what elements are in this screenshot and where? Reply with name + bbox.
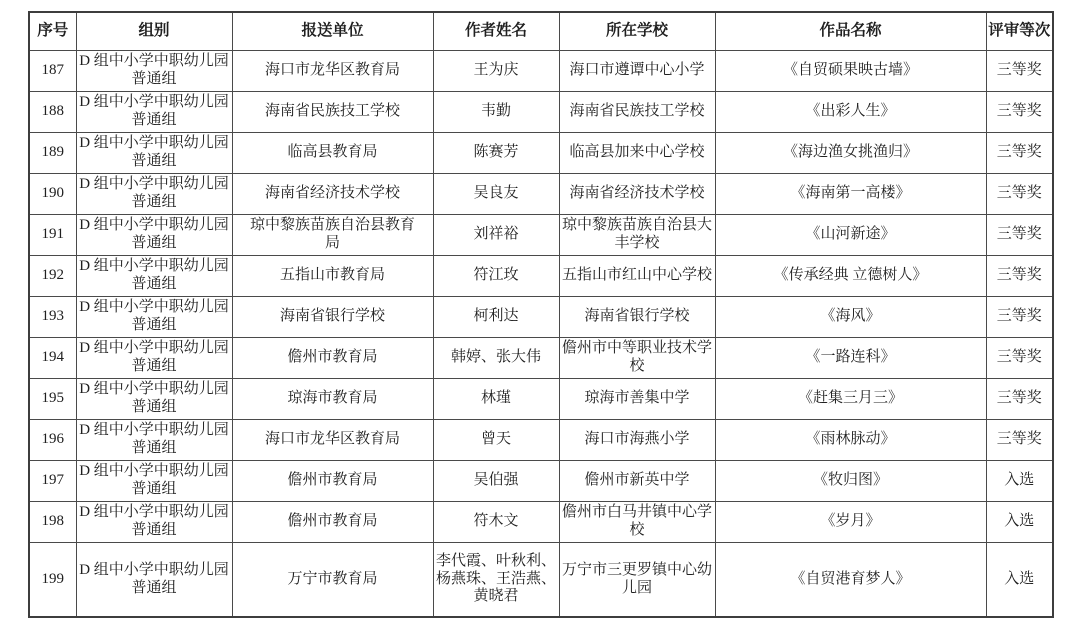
cell-author-name: 王为庆 (433, 51, 559, 92)
cell-author-name: 李代霞、叶秋利、杨燕珠、王浩燕、黄晓君 (433, 543, 559, 618)
cell-group: D 组中小学中职幼儿园普通组 (76, 92, 232, 133)
cell-group: D 组中小学中职幼儿园普通组 (76, 461, 232, 502)
cell-submitting-unit: 儋州市教育局 (232, 338, 433, 379)
cell-submitting-unit: 海南省民族技工学校 (232, 92, 433, 133)
document-page: 序号 组别 报送单位 作者姓名 所在学校 作品名称 评审等次 187 D 组中小… (0, 0, 1080, 633)
cell-work-title: 《岁月》 (715, 502, 986, 543)
cell-serial-number: 196 (29, 420, 76, 461)
column-header-author-name: 作者姓名 (433, 12, 559, 51)
cell-author-name: 曾天 (433, 420, 559, 461)
table-body: 187 D 组中小学中职幼儿园普通组 海口市龙华区教育局 王为庆 海口市遵谭中心… (29, 51, 1053, 618)
cell-submitting-unit: 琼海市教育局 (232, 379, 433, 420)
cell-group: D 组中小学中职幼儿园普通组 (76, 420, 232, 461)
cell-submitting-unit: 五指山市教育局 (232, 256, 433, 297)
cell-serial-number: 191 (29, 215, 76, 256)
cell-submitting-unit: 儋州市教育局 (232, 502, 433, 543)
table-row: 196 D 组中小学中职幼儿园普通组 海口市龙华区教育局 曾天 海口市海燕小学 … (29, 420, 1053, 461)
cell-work-title: 《自贸港育梦人》 (715, 543, 986, 618)
award-results-table: 序号 组别 报送单位 作者姓名 所在学校 作品名称 评审等次 187 D 组中小… (28, 11, 1054, 618)
cell-school: 海南省经济技术学校 (559, 174, 715, 215)
cell-school: 琼中黎族苗族自治县大丰学校 (559, 215, 715, 256)
cell-serial-number: 190 (29, 174, 76, 215)
cell-submitting-unit: 海南省经济技术学校 (232, 174, 433, 215)
cell-submitting-unit: 海南省银行学校 (232, 297, 433, 338)
cell-author-name: 符江玫 (433, 256, 559, 297)
cell-serial-number: 198 (29, 502, 76, 543)
cell-work-title: 《自贸硕果映古墙》 (715, 51, 986, 92)
cell-author-name: 韦勤 (433, 92, 559, 133)
cell-group: D 组中小学中职幼儿园普通组 (76, 338, 232, 379)
cell-author-name: 柯利达 (433, 297, 559, 338)
cell-group: D 组中小学中职幼儿园普通组 (76, 215, 232, 256)
cell-author-name: 韩婷、张大伟 (433, 338, 559, 379)
table-row: 189 D 组中小学中职幼儿园普通组 临高县教育局 陈赛芳 临高县加来中心学校 … (29, 133, 1053, 174)
cell-submitting-unit: 临高县教育局 (232, 133, 433, 174)
cell-review-grade: 三等奖 (986, 215, 1053, 256)
cell-author-name: 林瑾 (433, 379, 559, 420)
cell-group: D 组中小学中职幼儿园普通组 (76, 51, 232, 92)
column-header-serial-number: 序号 (29, 12, 76, 51)
cell-work-title: 《海边渔女挑渔归》 (715, 133, 986, 174)
cell-school: 海口市遵谭中心小学 (559, 51, 715, 92)
table-row: 199 D 组中小学中职幼儿园普通组 万宁市教育局 李代霞、叶秋利、杨燕珠、王浩… (29, 543, 1053, 618)
cell-serial-number: 192 (29, 256, 76, 297)
column-header-review-grade: 评审等次 (986, 12, 1053, 51)
column-header-group: 组别 (76, 12, 232, 51)
cell-group: D 组中小学中职幼儿园普通组 (76, 543, 232, 618)
header-row: 序号 组别 报送单位 作者姓名 所在学校 作品名称 评审等次 (29, 12, 1053, 51)
table-row: 188 D 组中小学中职幼儿园普通组 海南省民族技工学校 韦勤 海南省民族技工学… (29, 92, 1053, 133)
cell-submitting-unit: 海口市龙华区教育局 (232, 51, 433, 92)
cell-school: 儋州市白马井镇中心学校 (559, 502, 715, 543)
cell-work-title: 《赶集三月三》 (715, 379, 986, 420)
cell-submitting-unit: 海口市龙华区教育局 (232, 420, 433, 461)
cell-work-title: 《海南第一高楼》 (715, 174, 986, 215)
cell-group: D 组中小学中职幼儿园普通组 (76, 133, 232, 174)
cell-group: D 组中小学中职幼儿园普通组 (76, 297, 232, 338)
cell-school: 儋州市中等职业技术学校 (559, 338, 715, 379)
cell-serial-number: 188 (29, 92, 76, 133)
cell-work-title: 《传承经典 立德树人》 (715, 256, 986, 297)
column-header-submitting-unit: 报送单位 (232, 12, 433, 51)
cell-school: 琼海市善集中学 (559, 379, 715, 420)
cell-work-title: 《出彩人生》 (715, 92, 986, 133)
cell-author-name: 吴良友 (433, 174, 559, 215)
cell-author-name: 刘祥裕 (433, 215, 559, 256)
cell-author-name: 符木文 (433, 502, 559, 543)
column-header-school: 所在学校 (559, 12, 715, 51)
cell-group: D 组中小学中职幼儿园普通组 (76, 174, 232, 215)
cell-serial-number: 187 (29, 51, 76, 92)
cell-submitting-unit: 儋州市教育局 (232, 461, 433, 502)
cell-school: 万宁市三更罗镇中心幼儿园 (559, 543, 715, 618)
cell-serial-number: 199 (29, 543, 76, 618)
table-row: 190 D 组中小学中职幼儿园普通组 海南省经济技术学校 吴良友 海南省经济技术… (29, 174, 1053, 215)
cell-serial-number: 194 (29, 338, 76, 379)
cell-author-name: 吴伯强 (433, 461, 559, 502)
cell-work-title: 《牧归图》 (715, 461, 986, 502)
cell-review-grade: 三等奖 (986, 133, 1053, 174)
cell-review-grade: 三等奖 (986, 297, 1053, 338)
table-row: 194 D 组中小学中职幼儿园普通组 儋州市教育局 韩婷、张大伟 儋州市中等职业… (29, 338, 1053, 379)
cell-review-grade: 三等奖 (986, 379, 1053, 420)
cell-group: D 组中小学中职幼儿园普通组 (76, 379, 232, 420)
cell-author-name: 陈赛芳 (433, 133, 559, 174)
cell-group: D 组中小学中职幼儿园普通组 (76, 502, 232, 543)
cell-review-grade: 三等奖 (986, 256, 1053, 297)
table-row: 187 D 组中小学中职幼儿园普通组 海口市龙华区教育局 王为庆 海口市遵谭中心… (29, 51, 1053, 92)
table-row: 197 D 组中小学中职幼儿园普通组 儋州市教育局 吴伯强 儋州市新英中学 《牧… (29, 461, 1053, 502)
cell-serial-number: 189 (29, 133, 76, 174)
cell-review-grade: 三等奖 (986, 51, 1053, 92)
cell-school: 儋州市新英中学 (559, 461, 715, 502)
cell-review-grade: 三等奖 (986, 92, 1053, 133)
cell-work-title: 《一路连科》 (715, 338, 986, 379)
cell-school: 海口市海燕小学 (559, 420, 715, 461)
cell-work-title: 《山河新途》 (715, 215, 986, 256)
cell-review-grade: 入选 (986, 461, 1053, 502)
cell-serial-number: 197 (29, 461, 76, 502)
cell-school: 海南省民族技工学校 (559, 92, 715, 133)
table-row: 192 D 组中小学中职幼儿园普通组 五指山市教育局 符江玫 五指山市红山中心学… (29, 256, 1053, 297)
cell-serial-number: 193 (29, 297, 76, 338)
cell-school: 海南省银行学校 (559, 297, 715, 338)
cell-review-grade: 三等奖 (986, 338, 1053, 379)
cell-school: 五指山市红山中心学校 (559, 256, 715, 297)
column-header-work-title: 作品名称 (715, 12, 986, 51)
table-row: 193 D 组中小学中职幼儿园普通组 海南省银行学校 柯利达 海南省银行学校 《… (29, 297, 1053, 338)
cell-review-grade: 三等奖 (986, 174, 1053, 215)
table-row: 198 D 组中小学中职幼儿园普通组 儋州市教育局 符木文 儋州市白马井镇中心学… (29, 502, 1053, 543)
cell-school: 临高县加来中心学校 (559, 133, 715, 174)
table-row: 195 D 组中小学中职幼儿园普通组 琼海市教育局 林瑾 琼海市善集中学 《赶集… (29, 379, 1053, 420)
cell-submitting-unit: 万宁市教育局 (232, 543, 433, 618)
table-row: 191 D 组中小学中职幼儿园普通组 琼中黎族苗族自治县教育局 刘祥裕 琼中黎族… (29, 215, 1053, 256)
cell-work-title: 《海风》 (715, 297, 986, 338)
cell-review-grade: 入选 (986, 502, 1053, 543)
cell-serial-number: 195 (29, 379, 76, 420)
cell-review-grade: 入选 (986, 543, 1053, 618)
cell-work-title: 《雨林脉动》 (715, 420, 986, 461)
cell-review-grade: 三等奖 (986, 420, 1053, 461)
cell-submitting-unit: 琼中黎族苗族自治县教育局 (232, 215, 433, 256)
table-header: 序号 组别 报送单位 作者姓名 所在学校 作品名称 评审等次 (29, 12, 1053, 51)
cell-group: D 组中小学中职幼儿园普通组 (76, 256, 232, 297)
